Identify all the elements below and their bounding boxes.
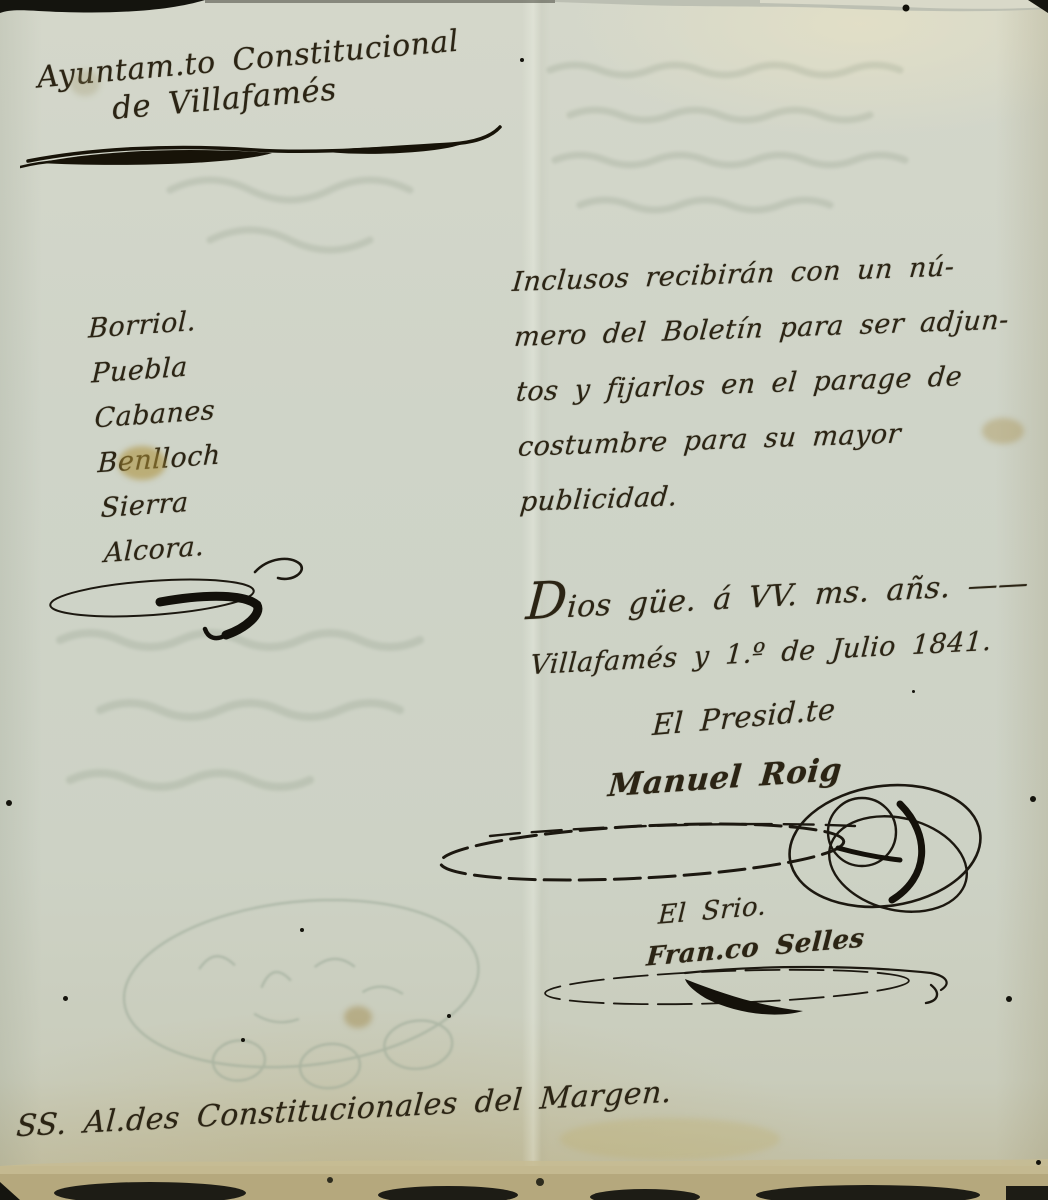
- torn-top-edge: [0, 0, 1048, 16]
- body-paragraph: Inclusos recibirán con un nú- mero del B…: [511, 237, 1030, 530]
- ink-stain: [344, 1006, 372, 1028]
- ink-speck: [1030, 796, 1036, 802]
- letterhead: Ayuntam.to Constitucional de Villafamés: [36, 24, 464, 134]
- margin-list-rubric-flourish: [40, 548, 330, 648]
- ink-speck: [1036, 1160, 1041, 1165]
- ink-speck: [300, 928, 304, 932]
- letterhead-underline-flourish: [20, 120, 520, 180]
- closing-salute: Dios güe. á VV. ms. añs. ——: [524, 547, 1031, 633]
- ink-speck: [1006, 996, 1012, 1002]
- ink-speck: [912, 690, 915, 693]
- manuscript-letter-scan: Ayuntam.to Constitucional de Villafamés …: [0, 0, 1048, 1200]
- ink-speck: [520, 58, 524, 62]
- secretario-rubric-flourish: [535, 955, 965, 1025]
- ink-speck: [63, 996, 68, 1001]
- aged-bottom-edge: [0, 1152, 1048, 1200]
- ink-speck: [447, 1014, 451, 1018]
- ink-stain: [118, 446, 166, 480]
- ink-stain: [982, 418, 1024, 444]
- place-dateline: Villafamés y 1.º de Julio 1841.: [529, 626, 993, 681]
- margin-town-list: Borriol. Puebla Cabanes Benlloch Sierra …: [87, 298, 229, 576]
- alcalde-title: El Presid.te: [651, 692, 836, 742]
- age-smudge: [70, 70, 100, 96]
- ink-speck: [6, 800, 12, 806]
- ink-speck: [241, 1038, 245, 1042]
- ghost-showthrough-top-right: [540, 50, 1020, 250]
